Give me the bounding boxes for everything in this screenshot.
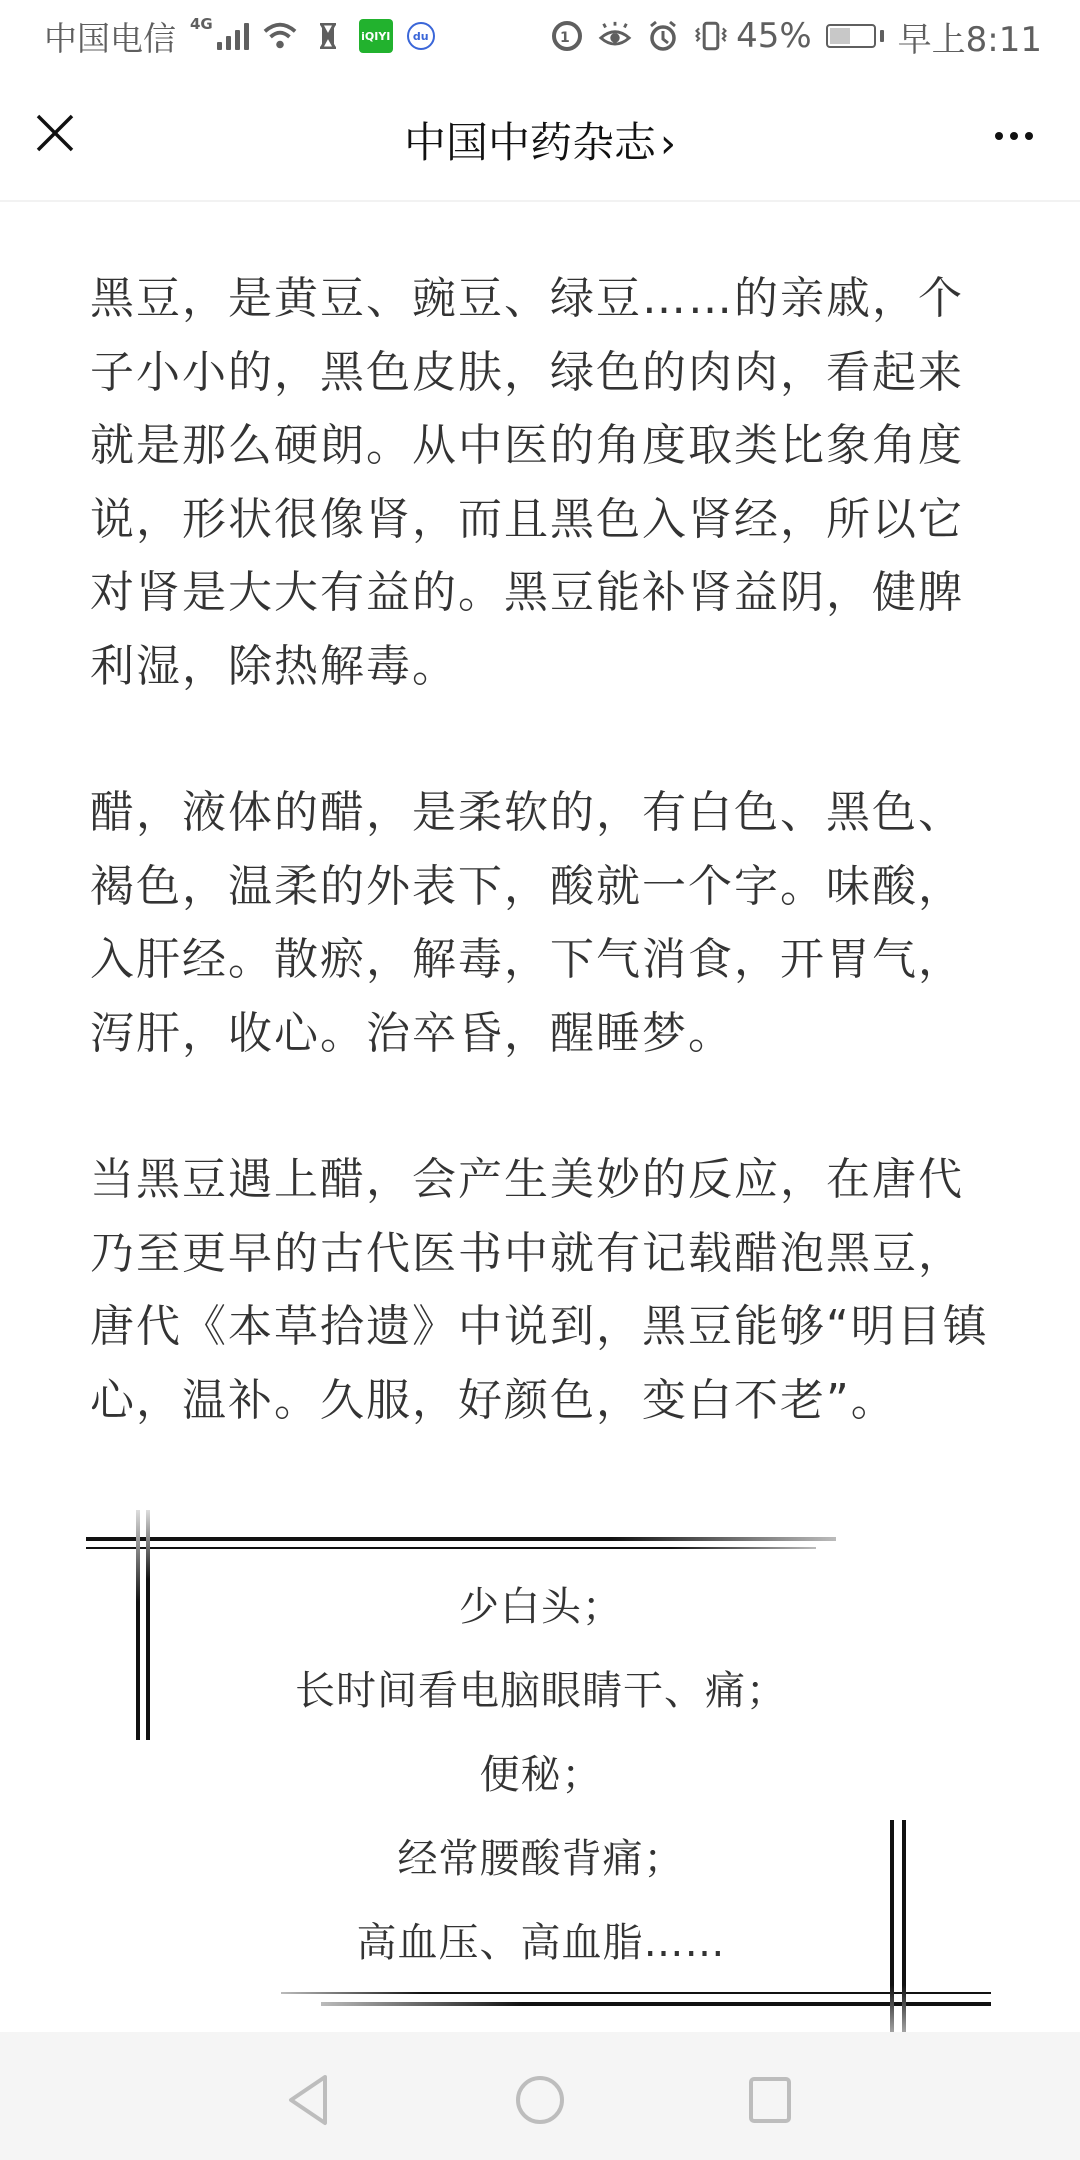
battery-percent: 45% xyxy=(736,16,812,56)
more-icon-dot xyxy=(1025,132,1033,140)
list-item: 经常腰酸背痛； xyxy=(86,1817,996,1901)
back-button[interactable] xyxy=(278,2070,338,2130)
frame-line-top-inner xyxy=(86,1547,816,1549)
recents-icon xyxy=(747,2075,793,2125)
hourglass-icon xyxy=(311,19,345,53)
system-nav-bar xyxy=(0,2032,1080,2160)
clock: 早上8:11 xyxy=(898,12,1042,61)
battery-tip xyxy=(880,30,884,42)
chevron-right-icon: › xyxy=(660,121,676,167)
baidu-icon: du xyxy=(407,22,435,50)
recents-button[interactable] xyxy=(740,2070,800,2130)
alarm-icon xyxy=(646,19,680,53)
frame-line-bottom-inner xyxy=(281,1992,991,1994)
paragraph-vinegar: 醋，液体的醋，是柔软的，有白色、黑色、褐色，温柔的外表下，酸就一个字。味酸，入肝… xyxy=(90,776,1000,1070)
page-title: 中国中药杂志 xyxy=(404,118,656,167)
list-item: 便秘； xyxy=(86,1733,996,1817)
account-title-link[interactable]: 中国中药杂志› xyxy=(0,110,1080,170)
symptom-list: 少白头； 长时间看电脑眼睛干、痛； 便秘； 经常腰酸背痛； 高血压、高血脂…… xyxy=(86,1565,996,1985)
list-item: 高血压、高血脂…… xyxy=(86,1901,996,1985)
eye-comfort-icon xyxy=(598,19,632,53)
status-bar: 中国电信 4G iQIYI du 1 45% 早上8:11 xyxy=(0,0,1080,72)
svg-text:1: 1 xyxy=(560,30,570,46)
data-saver-icon: 1 xyxy=(550,19,584,53)
more-icon-dot xyxy=(1010,132,1018,140)
wifi-icon xyxy=(263,19,297,53)
status-right: 1 45% 早上8:11 xyxy=(550,12,1042,61)
more-icon-dot xyxy=(995,132,1003,140)
list-item: 少白头； xyxy=(86,1565,996,1649)
carrier-label: 中国电信 xyxy=(44,13,176,60)
more-button[interactable] xyxy=(984,116,1044,156)
paragraph-black-bean: 黑豆，是黄豆、豌豆、绿豆……的亲戚，个子小小的，黑色皮肤，绿色的肉肉，看起来就是… xyxy=(90,262,1000,703)
list-item: 长时间看电脑眼睛干、痛； xyxy=(86,1649,996,1733)
framed-list-box: 少白头； 长时间看电脑眼睛干、痛； 便秘； 经常腰酸背痛； 高血压、高血脂…… xyxy=(86,1505,996,2025)
network-type: 4G xyxy=(190,15,213,33)
iqiyi-icon: iQIYI xyxy=(359,19,393,53)
vibrate-icon xyxy=(694,19,728,53)
paragraph-combination: 当黑豆遇上醋，会产生美妙的反应，在唐代乃至更早的古代医书中就有记载醋泡黑豆，唐代… xyxy=(90,1143,1000,1437)
home-button[interactable] xyxy=(510,2070,570,2130)
home-icon xyxy=(514,2074,566,2126)
status-left: 中国电信 4G iQIYI du xyxy=(44,13,435,60)
article-body: 黑豆，是黄豆、豌豆、绿豆……的亲戚，个子小小的，黑色皮肤，绿色的肉肉，看起来就是… xyxy=(90,262,1000,1510)
back-icon xyxy=(285,2073,331,2127)
battery-icon xyxy=(826,24,876,48)
article-header: 中国中药杂志› xyxy=(0,72,1080,202)
signal-icon xyxy=(217,22,249,50)
frame-line-top xyxy=(86,1537,836,1541)
